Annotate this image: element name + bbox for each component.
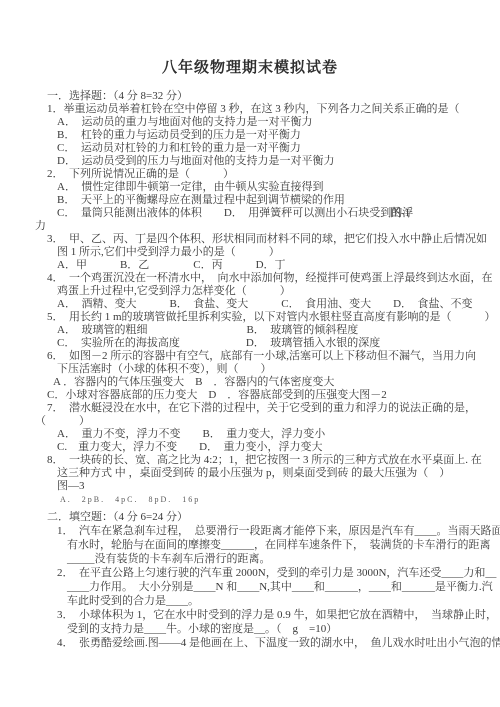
fill3-line2: 受到的支持力是____牛。小球的密度是__。（ g =10） — [47, 622, 477, 636]
q1-option-b: B． 杠铃的重力与运动员受到的压力是一对平衡力 — [47, 129, 477, 142]
fill3-line1: 3． 小球体积为 1，它在水中时受到的浮力是 0.9 牛，如果把它放在酒精中， … — [47, 608, 477, 622]
fill2-line3: 车此时受到的合力是____。 — [47, 594, 477, 608]
q6-stem-line1: 6． 如图－2 所示的容器中有空气，底部有一小球,活塞可以上下移动但不漏气，当用… — [47, 350, 477, 363]
q5-stem: 5． 用长约 1 m的玻璃管做托里拆利实验，以下对管内水银柱竖直高度有影响的是（… — [47, 311, 477, 324]
q4-stem-line2: 鸡蛋上升过程中,它受到浮力怎样变化（ ） — [47, 285, 477, 298]
q3-stem-line1: 3． 甲、乙、丙、丁是四个体积、形状相同而材料不同的球，把它们投入水中静止后情况… — [47, 233, 477, 246]
document-content: 一．选择题：（4 分 8=32 分） 1．举重运动员举着杠铃在空中停留 3 秒，… — [47, 90, 477, 650]
document-page: 八年级物理期末模拟试卷 一．选择题：（4 分 8=32 分） 1．举重运动员举着… — [0, 0, 500, 707]
q8-stem-line1: 8． 一块砖的长、宽、高之比为 4:2；1，把它按图一 3 所示的三种方式放在水… — [47, 454, 477, 467]
fill2-line2: ____力作用。 大小分别是____N 和____N,其中____和______… — [47, 580, 477, 594]
q7-stem-line1: 7． 潜水艇浸没在水中，在它下潜的过程中，关于它受到的重力和浮力的说法正确的是， — [47, 402, 477, 415]
q4-stem-line1: 4． 一个鸡蛋沉没在一杯清水中， 向水中添加何物，经搅拌可使鸡蛋上浮最终到达水面… — [47, 272, 477, 285]
q5-options-ab: A． 玻璃管的粗细 B． 玻璃管的倾斜程度 — [47, 324, 477, 337]
choice-section: 一．选择题：（4 分 8=32 分） 1．举重运动员举着杠铃在空中停留 3 秒，… — [47, 90, 477, 506]
q8-options: A. 2pB. 4pC. 8pD. 16p — [47, 493, 477, 506]
q6-options-cd-fig2: C．小球对容器底部的压力变大 D ．容器底部受到的压强变大图－2 — [47, 389, 477, 402]
q3-options: A．甲 B．乙 C．丙 D．丁 — [47, 259, 477, 272]
choice-section-header: 一．选择题：（4 分 8=32 分） — [47, 90, 477, 103]
q3-stem-line2: 图 1 所示,它们中受到浮力最小的是（ ） — [47, 246, 477, 259]
fill1-line2: 有水时，轮胎与在面间的摩擦变______，在同样车速条件下， 装满货的卡车滑行的… — [47, 538, 477, 552]
q2-option-a: A． 惯性定律即牛顿第一定律，由牛顿从实验直接得到 — [47, 181, 477, 194]
q8-stem-line2: 这三种方式 中 ，桌面受到砖 的最小压强为 p，则桌面受到砖 的最大压强为（ ） — [47, 467, 477, 480]
figure-3-label: 图—3 — [47, 480, 477, 493]
q4-options: A． 酒精、变大 B． 食盐、变大 C． 食用油、变大 D． 食盐、不变 — [47, 298, 477, 311]
q2-wrap-char: 力 — [35, 220, 477, 233]
q2-options-cd-text: C． 量筒只能测出液体的体积 D． 用弹簧秤可以测出小石块受到的浮 — [57, 207, 413, 219]
fill-section-header: 二．填空题：（4 分 6=24 分） — [47, 510, 477, 524]
figure-1-label: 图-1 — [390, 207, 410, 220]
q2-stem: 2． 下列所说情况正确的是（ ） — [47, 168, 477, 181]
fill-section: 二．填空题：（4 分 6=24 分） 1． 汽车在紧急刹车过程， 总要滑行一段距… — [47, 510, 477, 650]
page-title: 八年级物理期末模拟试卷 — [0, 56, 500, 77]
q6-options-ab: A ．容器内的气体压强变大 B ．容器内的气体密度变大 — [47, 376, 477, 389]
fill4-line1: 4． 张勇酷爱绘画.图——4 是他画在上、下温度一致的湖水中， 鱼儿戏水时吐出小… — [47, 636, 477, 650]
q1-option-d: D． 运动员受到的压力与地面对他的支持力是一对平衡力 — [47, 155, 477, 168]
fill1-line3: _____没有装货的卡车刹车后滑行的距离。 — [47, 552, 477, 566]
q1-option-c: C． 运动员对杠铃的力和杠铃的重力是一对平衡力 — [47, 142, 477, 155]
q5-options-cd: C． 实验所在的海拔高度 D． 玻璃管插入水银的深度 — [47, 337, 477, 350]
q7-options-ab: A． 重力不变，浮力不变 B． 重力变大，浮力变小 — [47, 428, 477, 441]
q2-options-cd: C． 量筒只能测出液体的体积 D． 用弹簧秤可以测出小石块受到的浮 图-1 — [47, 207, 477, 220]
fill2-line1: 2． 在平直公路上匀速行驶的汽车重 2000N，受到的牵引力是 3000N，汽车… — [47, 566, 477, 580]
q1-option-a: A． 运动员的重力与地面对他的支持力是一对平衡力 — [47, 116, 477, 129]
q7-stem-line2: （ ） — [35, 415, 477, 428]
q2-option-b: B． 天平上的平衡螺母应在测量过程中起到调节横梁的作用 — [47, 194, 477, 207]
q1-stem: 1．举重运动员举着杠铃在空中停留 3 秒，在这 3 秒内，下列各力之间关系正确的… — [47, 103, 477, 116]
fill1-line1: 1． 汽车在紧急刹车过程， 总要滑行一段距离才能停下来，原因是汽车有____。当… — [47, 524, 477, 538]
q6-stem-line2: 下压活塞时（小球的体积不变），则（ ） — [47, 363, 477, 376]
q7-options-cd: C. 重力变大，浮力不变 D． 重力变小，浮力变大 — [47, 441, 477, 454]
